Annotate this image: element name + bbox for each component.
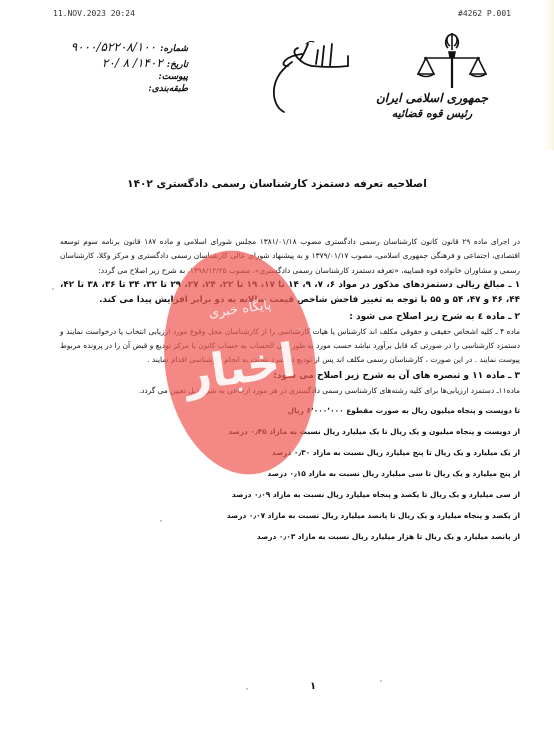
organization-name: جمهوری اسلامی ایران رئیس قوه قضائیه xyxy=(372,90,492,122)
document-body: در اجرای ماده ۲۹ قانون کانون کارشناسان ر… xyxy=(60,235,520,547)
fee-tier: از پانصد میلیارد و یک ریال تا هزار میلیا… xyxy=(60,526,520,547)
clause-1: ۱ ـ مبالغ ریالی دستمزدهای مذکور در مواد … xyxy=(60,278,520,309)
letter-meta: شماره: ۹۰۰۰/۵۲۲۰۸/۱۰۰ تاریخ: ۱۴۰۲/ ۸ /۲۰… xyxy=(38,40,188,96)
basmala-calligraphy-icon xyxy=(252,36,352,116)
scan-speck xyxy=(246,688,248,690)
fee-tier: از دویست و پنجاه میلیون و یک ریال تا یک … xyxy=(60,421,520,442)
org-office: رئیس قوه قضائیه xyxy=(372,106,492,122)
letter-attachment-label: پیوست: xyxy=(158,72,188,82)
clause-2-text: ماده ۴ ـ کلیه اشخاص حقیقی و حقوقی مکلف ا… xyxy=(60,325,520,368)
scan-speck xyxy=(298,328,300,330)
clause-2-heading: ۲ ـ ماده ٤ به شرح زیر اصلاح می شود : xyxy=(60,309,520,325)
clause-3-heading: ۳ ـ ماده ۱۱ و تبصره های آن به شرح زیر اص… xyxy=(60,368,520,384)
letter-date-label: تاریخ: xyxy=(167,60,188,70)
document-title: اصلاحیه تعرفه دستمزد کارشناسان رسمی دادگ… xyxy=(0,178,554,190)
fax-timestamp: 11.NOV.2023 20:24 xyxy=(53,9,135,18)
fee-tier: از پنج میلیارد و یک ریال تا سی میلیارد ر… xyxy=(60,463,520,484)
scan-speck xyxy=(52,288,54,290)
letter-classification-label: طبقه‌بندی: xyxy=(148,84,188,94)
scan-edge-tint xyxy=(544,0,554,150)
letter-date-value: ۱۴۰۲/ ۸ /۲۰ xyxy=(102,56,163,70)
letter-attachment-row: پیوست: xyxy=(38,72,188,84)
letter-number-label: شماره: xyxy=(160,44,188,54)
fax-page-ref: #4262 P.001 xyxy=(458,9,511,18)
scan-speck xyxy=(420,96,422,98)
fee-tier: از یکصد و پنجاه میلیارد و یک ریال تا پان… xyxy=(60,505,520,526)
letter-number-row: شماره: ۹۰۰۰/۵۲۲۰۸/۱۰۰ xyxy=(38,40,188,56)
letter-number-value: ۹۰۰۰/۵۲۲۰۸/۱۰۰ xyxy=(71,40,156,54)
fax-header: 11.NOV.2023 20:24 #4262 P.001 xyxy=(0,9,554,21)
scan-speck xyxy=(380,680,382,682)
fee-tier: از سی میلیارد و یک ریال تا یکصد و پنجاه … xyxy=(60,484,520,505)
iran-emblem-icon xyxy=(412,30,492,94)
page-number: ۱ xyxy=(310,681,316,692)
org-country: جمهوری اسلامی ایران xyxy=(372,90,492,106)
fee-schedule: تا دویست و پنجاه میلیون ریال به صورت مقط… xyxy=(60,400,520,547)
fee-tier: تا دویست و پنجاه میلیون ریال به صورت مقط… xyxy=(60,400,520,421)
clause-3-text: ماده۱۱ـ دستمزد ارزیابی‌ها برای کلیه رشته… xyxy=(60,384,520,398)
preamble-paragraph: در اجرای ماده ۲۹ قانون کانون کارشناسان ر… xyxy=(60,235,520,278)
letter-classification-row: طبقه‌بندی: xyxy=(38,84,188,96)
fee-tier: از یک میلیارد و یک ریال تا پنج میلیارد ر… xyxy=(60,442,520,463)
letter-date-row: تاریخ: ۱۴۰۲/ ۸ /۲۰ xyxy=(38,56,188,72)
scan-speck xyxy=(160,520,162,522)
